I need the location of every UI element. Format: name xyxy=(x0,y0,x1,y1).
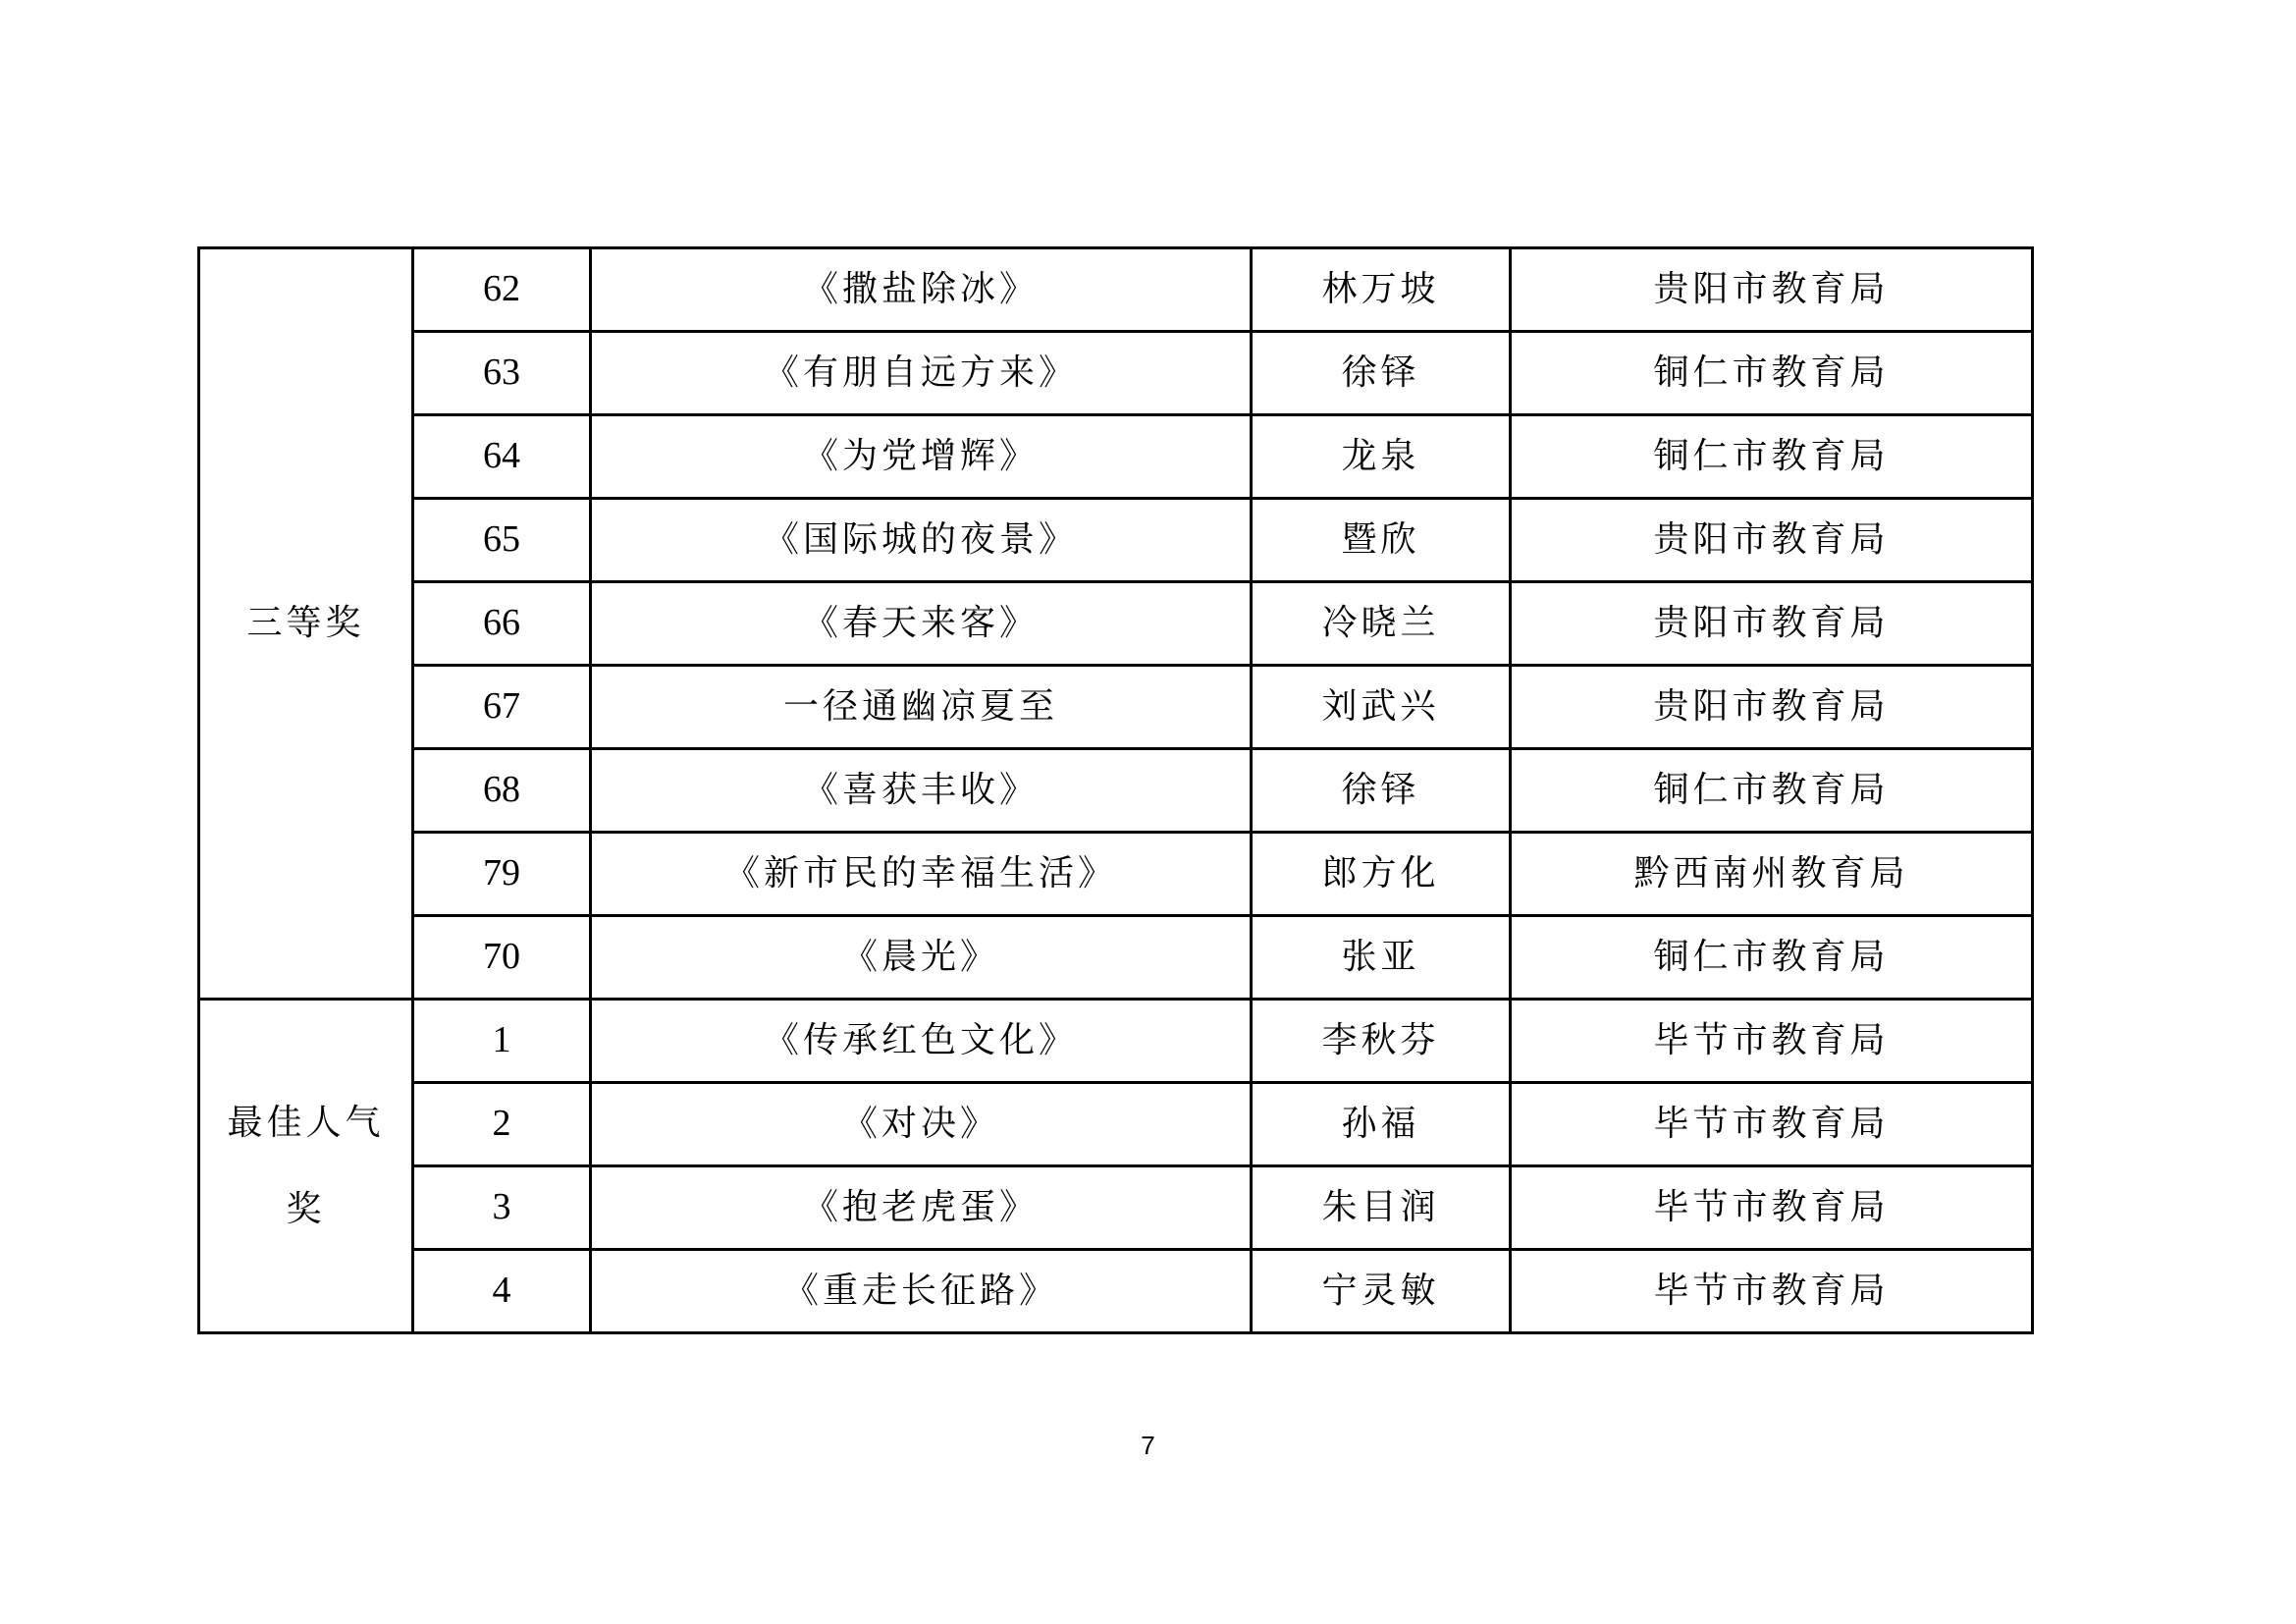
entry-number: 3 xyxy=(413,1166,591,1250)
author-name: 刘武兴 xyxy=(1252,666,1511,749)
table-row: 2 《对决》 孙福 毕节市教育局 xyxy=(199,1083,2033,1166)
entry-number: 64 xyxy=(413,415,591,499)
work-title: 《喜获丰收》 xyxy=(591,749,1252,833)
work-title: 《春天来客》 xyxy=(591,582,1252,666)
table-row: 3 《抱老虎蛋》 朱目润 毕节市教育局 xyxy=(199,1166,2033,1250)
work-title: 《传承红色文化》 xyxy=(591,1000,1252,1083)
entry-number: 66 xyxy=(413,582,591,666)
author-name: 朱目润 xyxy=(1252,1166,1511,1250)
organization: 黔西南州教育局 xyxy=(1511,833,2033,916)
table-row: 64 《为党增辉》 龙泉 铜仁市教育局 xyxy=(199,415,2033,499)
entry-number: 4 xyxy=(413,1250,591,1333)
author-name: 林万坡 xyxy=(1252,248,1511,332)
entry-number: 2 xyxy=(413,1083,591,1166)
author-name: 宁灵敏 xyxy=(1252,1250,1511,1333)
table-row: 67 一径通幽凉夏至 刘武兴 贵阳市教育局 xyxy=(199,666,2033,749)
organization: 毕节市教育局 xyxy=(1511,1250,2033,1333)
organization: 铜仁市教育局 xyxy=(1511,415,2033,499)
table-row: 三等奖 62 《撒盐除冰》 林万坡 贵阳市教育局 xyxy=(199,248,2033,332)
organization: 毕节市教育局 xyxy=(1511,1000,2033,1083)
entry-number: 67 xyxy=(413,666,591,749)
work-title: 《晨光》 xyxy=(591,916,1252,1000)
entry-number: 1 xyxy=(413,1000,591,1083)
organization: 毕节市教育局 xyxy=(1511,1166,2033,1250)
organization: 贵阳市教育局 xyxy=(1511,666,2033,749)
awards-table: 三等奖 62 《撒盐除冰》 林万坡 贵阳市教育局 63 《有朋自远方来》 徐铎 … xyxy=(197,246,2034,1334)
table-row: 79 《新市民的幸福生活》 郎方化 黔西南州教育局 xyxy=(199,833,2033,916)
award-category-label-line-1: 最佳人气 xyxy=(220,1080,392,1166)
work-title: 一径通幽凉夏至 xyxy=(591,666,1252,749)
organization: 铜仁市教育局 xyxy=(1511,332,2033,415)
work-title: 《抱老虎蛋》 xyxy=(591,1166,1252,1250)
author-name: 李秋芬 xyxy=(1252,1000,1511,1083)
work-title: 《新市民的幸福生活》 xyxy=(591,833,1252,916)
work-title: 《重走长征路》 xyxy=(591,1250,1252,1333)
work-title: 《有朋自远方来》 xyxy=(591,332,1252,415)
award-category-cell: 三等奖 xyxy=(199,248,413,1000)
work-title: 《国际城的夜景》 xyxy=(591,499,1252,582)
organization: 毕节市教育局 xyxy=(1511,1083,2033,1166)
work-title: 《为党增辉》 xyxy=(591,415,1252,499)
table-row: 4 《重走长征路》 宁灵敏 毕节市教育局 xyxy=(199,1250,2033,1333)
award-category-label-line-2: 奖 xyxy=(220,1166,392,1253)
entry-number: 79 xyxy=(413,833,591,916)
author-name: 龙泉 xyxy=(1252,415,1511,499)
organization: 贵阳市教育局 xyxy=(1511,248,2033,332)
author-name: 冷晓兰 xyxy=(1252,582,1511,666)
organization: 贵阳市教育局 xyxy=(1511,499,2033,582)
entry-number: 68 xyxy=(413,749,591,833)
table-row: 68 《喜获丰收》 徐铎 铜仁市教育局 xyxy=(199,749,2033,833)
work-title: 《撒盐除冰》 xyxy=(591,248,1252,332)
author-name: 徐铎 xyxy=(1252,749,1511,833)
table-row: 70 《晨光》 张亚 铜仁市教育局 xyxy=(199,916,2033,1000)
organization: 铜仁市教育局 xyxy=(1511,916,2033,1000)
author-name: 徐铎 xyxy=(1252,332,1511,415)
table-row: 66 《春天来客》 冷晓兰 贵阳市教育局 xyxy=(199,582,2033,666)
author-name: 孙福 xyxy=(1252,1083,1511,1166)
document-page: 三等奖 62 《撒盐除冰》 林万坡 贵阳市教育局 63 《有朋自远方来》 徐铎 … xyxy=(0,0,2296,1624)
entry-number: 62 xyxy=(413,248,591,332)
author-name: 暨欣 xyxy=(1252,499,1511,582)
work-title: 《对决》 xyxy=(591,1083,1252,1166)
page-number: 7 xyxy=(0,1427,2296,1464)
entry-number: 70 xyxy=(413,916,591,1000)
award-category-cell: 最佳人气 奖 xyxy=(199,1000,413,1333)
table-row: 65 《国际城的夜景》 暨欣 贵阳市教育局 xyxy=(199,499,2033,582)
organization: 铜仁市教育局 xyxy=(1511,749,2033,833)
award-category-label: 三等奖 xyxy=(220,580,392,667)
entry-number: 63 xyxy=(413,332,591,415)
organization: 贵阳市教育局 xyxy=(1511,582,2033,666)
author-name: 张亚 xyxy=(1252,916,1511,1000)
entry-number: 65 xyxy=(413,499,591,582)
author-name: 郎方化 xyxy=(1252,833,1511,916)
table-row: 63 《有朋自远方来》 徐铎 铜仁市教育局 xyxy=(199,332,2033,415)
table-row: 最佳人气 奖 1 《传承红色文化》 李秋芬 毕节市教育局 xyxy=(199,1000,2033,1083)
